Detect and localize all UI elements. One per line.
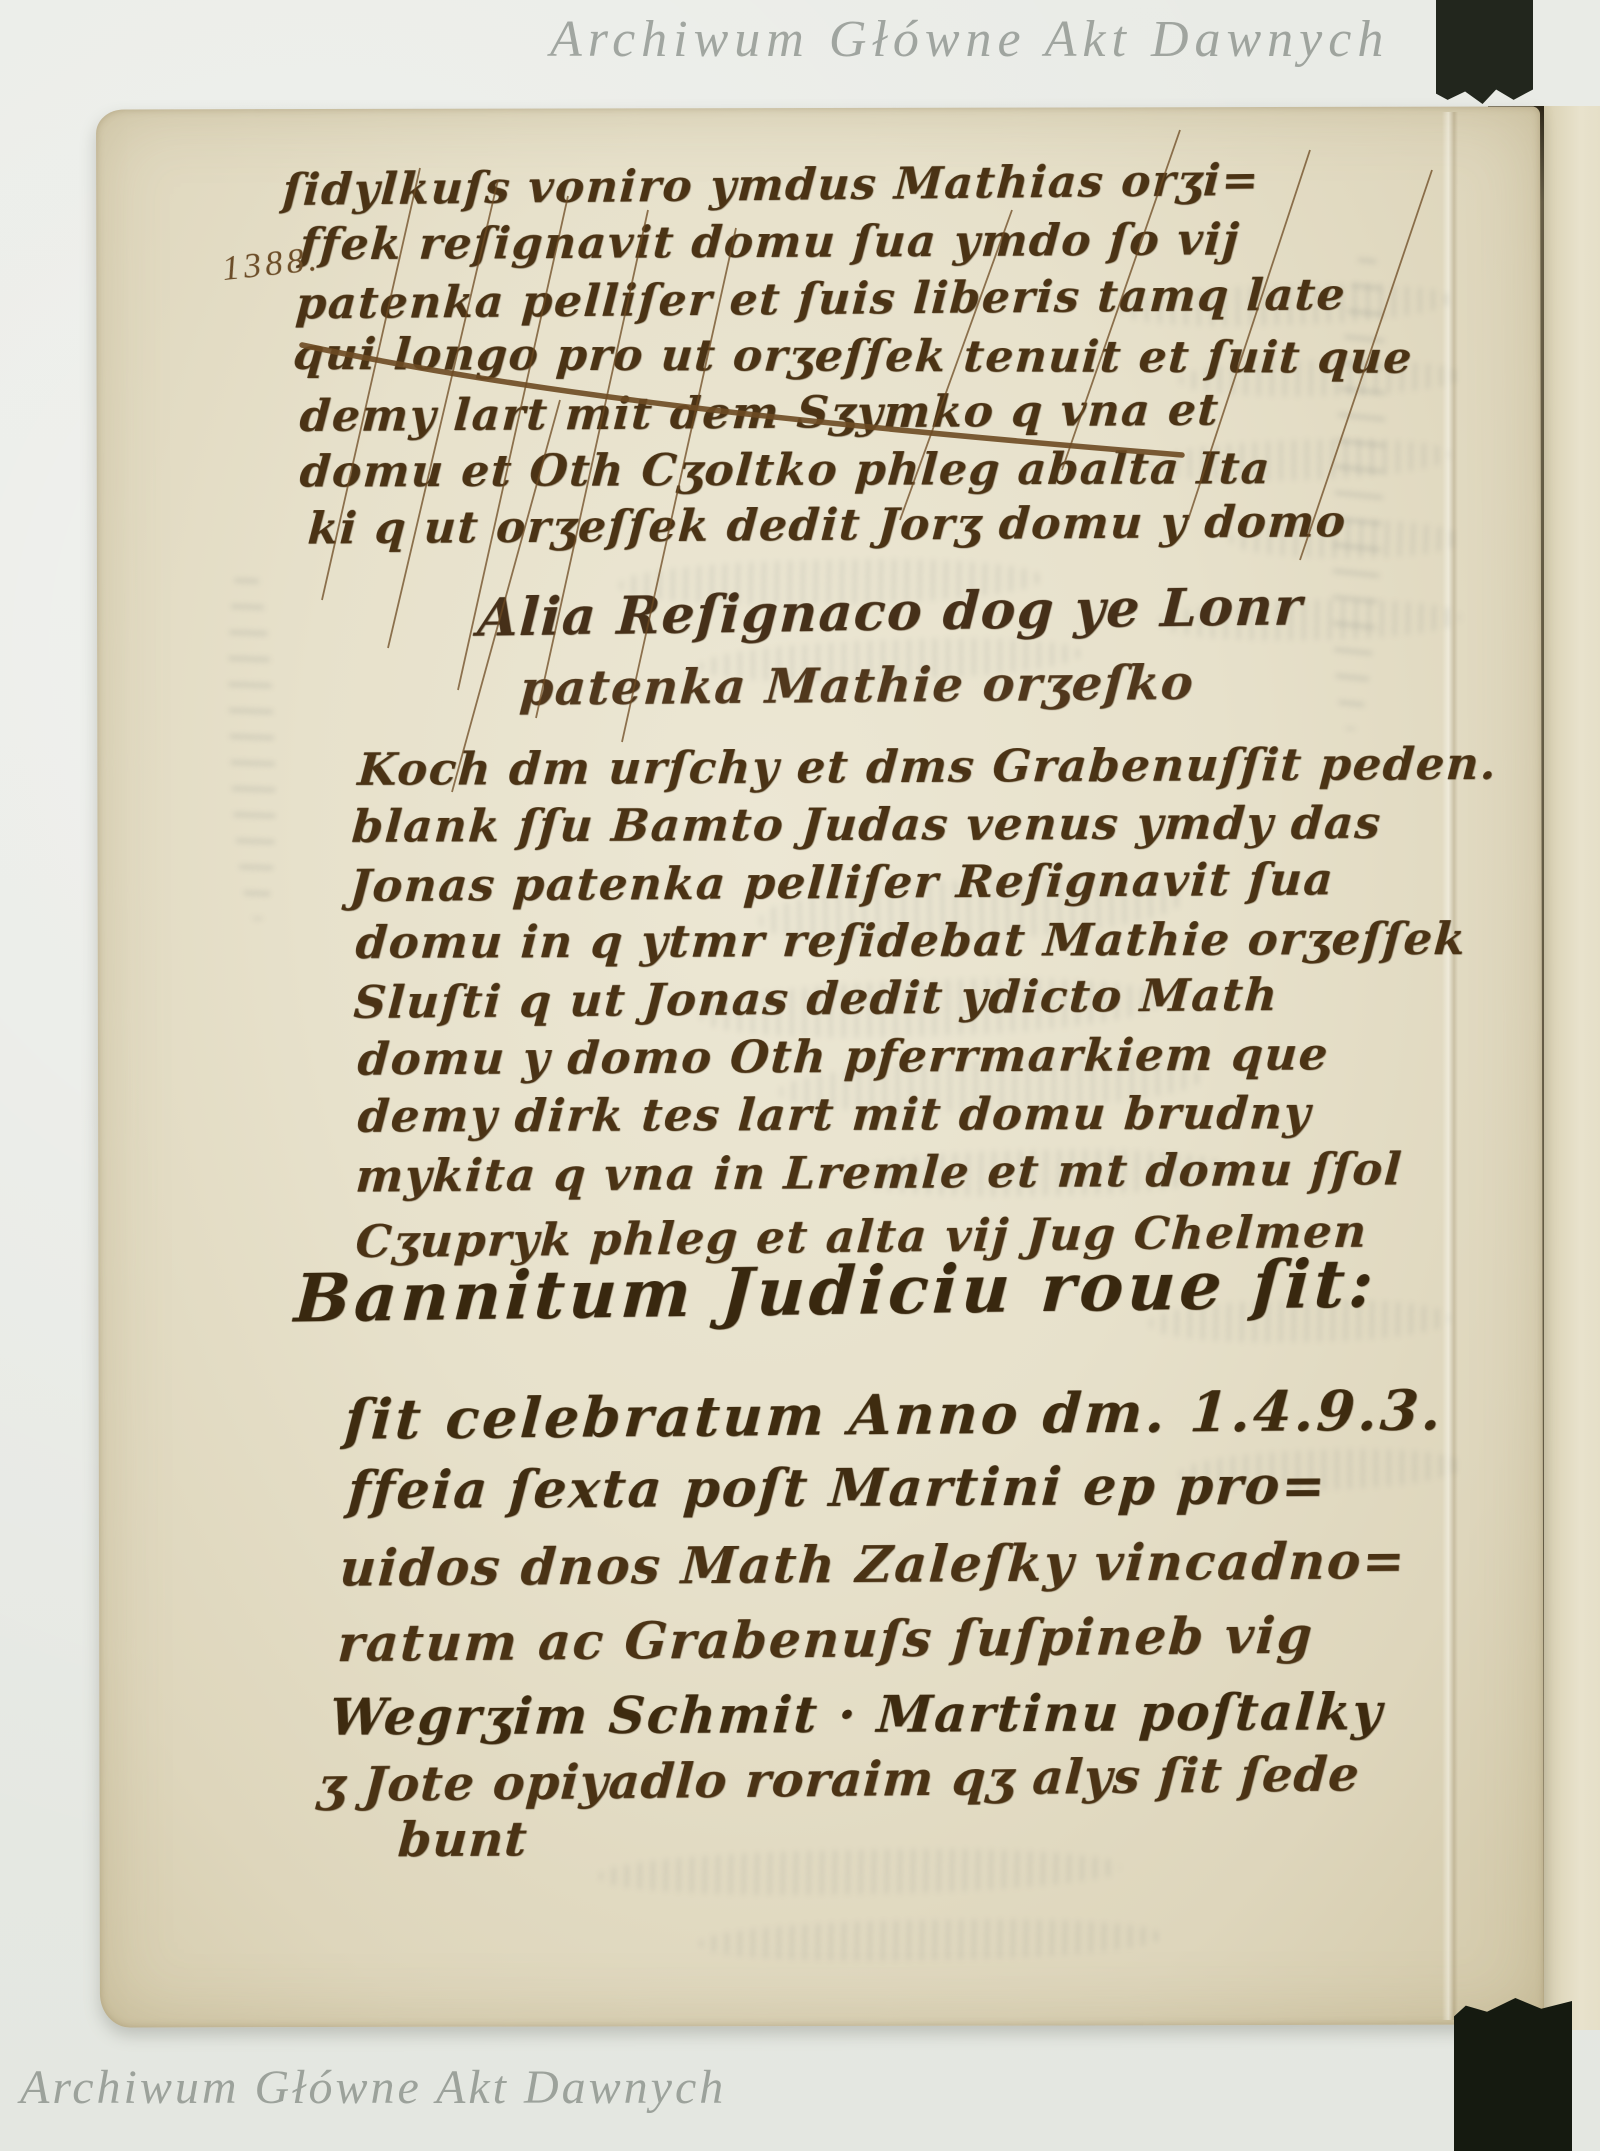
film-strip-bottom (1454, 1998, 1572, 2151)
film-strip-top (1436, 0, 1533, 104)
manuscript-page (96, 106, 1544, 2027)
page-crease (1442, 112, 1458, 2020)
